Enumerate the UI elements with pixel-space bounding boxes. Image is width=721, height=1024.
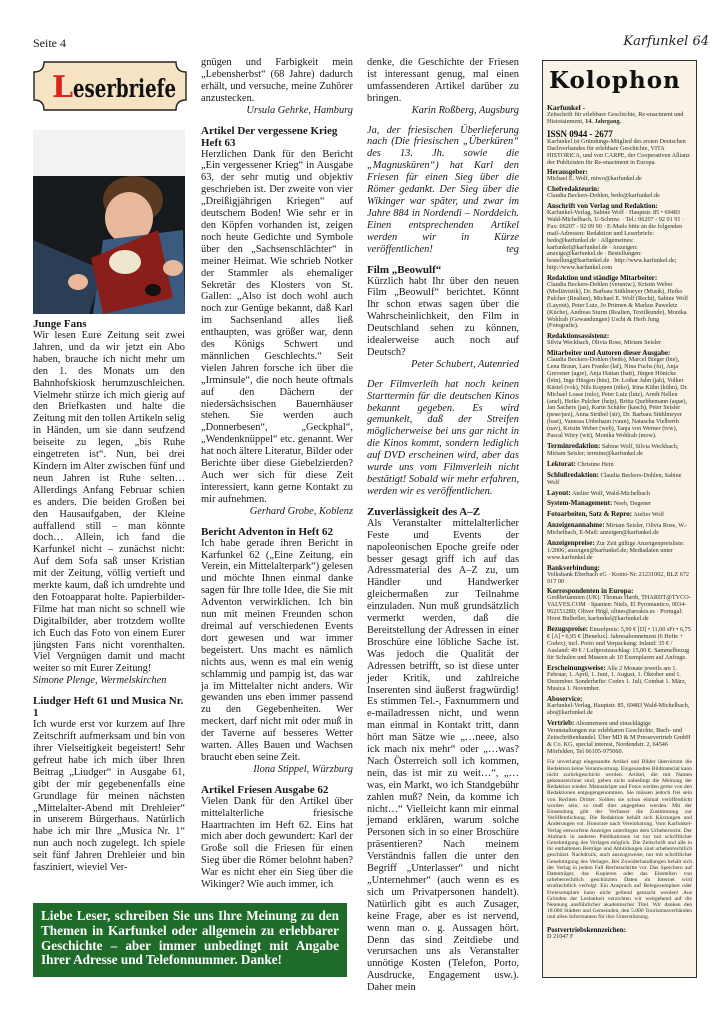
page-number: Seite 4: [33, 36, 66, 51]
letter-heading: Film „Beowulf“: [367, 264, 519, 276]
kolophon-section: Schlußredaktion: Claudia Beckers-Dohlen,…: [547, 472, 692, 487]
letter-heading: Zuverlässigkeit des A–Z: [367, 506, 519, 518]
kolophon-section: Erscheinungsweise: Alle 2 Monate jeweils…: [547, 665, 692, 694]
column-1: Junge Fans Wir lesen Eure Zeitung seit z…: [33, 318, 185, 874]
founding-note: Karfunkel ist Gründungs-Mitglied des ers…: [547, 139, 692, 167]
kolophon-section: Redaktionsassistenz:Silvia Weckbach, Oli…: [547, 333, 692, 347]
section-text: Claudia Beckers-Dohlen (bedo), Marcel Bi…: [547, 357, 692, 440]
letter-body: Ich wurde erst vor kurzem auf Ihre Zeits…: [33, 719, 185, 874]
section-text: Neeb, Degener: [614, 500, 651, 507]
section-text: Volksbank Eberbach eG · Konto-Nr. 212310…: [547, 572, 692, 586]
section-text: Großbritannien (UK): Thomas Hardt, THARD…: [547, 595, 692, 623]
section-text: Atelier Wolf, Wald-Michelbach: [572, 490, 650, 497]
section-label: System-Management:: [547, 499, 612, 507]
section-text: Karfunkel-Verlag, Hauptstr. 85, 69483 Wa…: [547, 703, 692, 717]
kolophon-section: Terminredaktion: Sabine Wolf, Silvia Wec…: [547, 443, 692, 458]
kolophon-section: Fotoarbeiten, Satz & Repro: Atelier Wolf: [547, 511, 692, 519]
section-text: Atelier Wolf: [633, 511, 664, 518]
kolophon-section: Chefredakteurin:Claudia Beckers-Dohlen, …: [547, 186, 692, 200]
kolophon-section: Anschrift von Verlag und Redaktion:Karfu…: [547, 203, 692, 272]
section-label: Anzeigenannahme:: [547, 521, 605, 529]
section-text: Silvia Weckbach, Olivia Rose, Miriam Sei…: [547, 340, 692, 347]
letter-body: Kürzlich habt Ihr über den neuen Film „B…: [367, 276, 519, 359]
editor-reply-text: Ja, der friesischen Überlieferung nach (…: [367, 125, 519, 255]
section-label: Bezugspreise:: [547, 625, 588, 633]
child-reading-photo-icon: [33, 130, 185, 314]
letter-signature: Ilona Stippel, Würzburg: [201, 764, 353, 776]
kolophon-section: Anzeigenpreise: Zur Zeit gültige Anzeige…: [547, 540, 692, 562]
section-label: Vertrieb:: [547, 719, 574, 727]
section-label: Anzeigenpreise:: [547, 539, 595, 547]
section-label: Terminredaktion:: [547, 442, 600, 450]
kolophon-section: Anzeigenannahme: Miriam Seisler, Olivia …: [547, 522, 692, 537]
section-text: Claudia Beckers-Dohlen (verantw.), Krist…: [547, 282, 692, 330]
running-head: Karfunkel 64: [623, 34, 709, 49]
kolophon-title: Kolophon: [549, 66, 692, 96]
svg-text:eserbriefe: eserbriefe: [73, 74, 176, 103]
section-label: Schlußredaktion:: [547, 471, 599, 479]
kolophon-section: Herausgeber:Michael E. Wolf, miwo@karfun…: [547, 169, 692, 183]
legal-disclaimer: Für unverlangt eingesandte Artikel und B…: [547, 759, 692, 920]
letter-signature: Simone Plenge, Wermelskirchen: [33, 675, 185, 687]
letter-signature: Karin Roßberg, Augsburg: [367, 105, 519, 117]
section-label: Erscheinungsweise:: [547, 664, 606, 672]
kolophon-section: Korrespondenten in Europa:Großbritannien…: [547, 588, 692, 623]
kolophon-section: Aboservice:Karfunkel-Verlag, Hauptstr. 8…: [547, 696, 692, 717]
letter-body: Ich habe gerade ihren Bericht in Karfunk…: [201, 538, 353, 764]
letter-body: Wir lesen Eure Zeitung seit zwei Jahren,…: [33, 330, 185, 675]
letter-signature: Ursula Gehrke, Hamburg: [201, 105, 353, 117]
reader-callout-box: Liebe Leser, schreiben Sie uns Ihre Mein…: [33, 903, 347, 977]
section-title-sign: L eserbriefe: [32, 60, 188, 112]
section-label: Lektorat:: [547, 460, 576, 468]
kolophon-section: Lektorat: Christine Hein: [547, 461, 692, 469]
kolophon-section: Layout: Atelier Wolf, Wald-Michelbach: [547, 490, 692, 498]
section-text: Claudia Beckers-Dohlen, bedo@karfunkel.d…: [547, 193, 692, 200]
letter-signature: Peter Schubert, Autenried: [367, 359, 519, 371]
kolophon-section: Redaktion und ständige Mitarbeiter:Claud…: [547, 275, 692, 330]
magazine-subtitle: Zeitschrift für erlebbare Geschichte, Re…: [547, 112, 692, 126]
letter-body: Herzlichen Dank für den Bericht „Ein ver…: [201, 149, 353, 506]
kolophon-section: Mitarbeiter und Autoren dieser Ausgabe:C…: [547, 350, 692, 440]
svg-text:L: L: [52, 70, 73, 105]
column-3: denke, die Geschichte der Friesen ist in…: [367, 57, 519, 994]
kolophon-section: Bankverbindung:Volksbank Eberbach eG · K…: [547, 565, 692, 586]
editor-reply: Der Filmverleih hat noch keinen Startter…: [367, 379, 519, 498]
letter-body-continued: denke, die Geschichte der Friesen ist in…: [367, 57, 519, 105]
postvertrieb-value: D 21047 F: [547, 934, 692, 941]
letter-body-continued: gnügen und Farbigkeit mein „Lebensherbst…: [201, 57, 353, 105]
letter-body: Als Veranstalter mittelalterlicher Feste…: [367, 518, 519, 994]
photo-child-reading: [33, 130, 185, 314]
leserbriefe-sign-icon: L eserbriefe: [32, 60, 188, 112]
letter-heading: Artikel Friesen Ausgabe 62: [201, 784, 353, 796]
editor-reply-signature: teg: [506, 244, 519, 256]
section-text: Michael E. Wolf, miwo@karfunkel.de: [547, 176, 692, 183]
letter-heading: Junge Fans: [33, 318, 185, 330]
letter-body: Vielen Dank für den Artikel über mittela…: [201, 796, 353, 891]
magazine-year: 14. Jahrgang.: [585, 118, 621, 125]
letter-heading: Bericht Adventon in Heft 62: [201, 526, 353, 538]
letter-signature: Gerhard Grobe, Koblenz: [201, 506, 353, 518]
section-text: Christine Hein: [577, 461, 613, 468]
section-text: Karfunkel-Verlag, Sabine Wolf · Hauptstr…: [547, 210, 692, 272]
letter-heading: Liudger Heft 61 und Musica Nr. 1: [33, 695, 185, 719]
kolophon-box: Kolophon Karfunkel - Zeitschrift für erl…: [542, 60, 697, 978]
section-label: Layout:: [547, 489, 571, 497]
kolophon-section: Vertrieb: Abonnement und einschlägige Ve…: [547, 720, 692, 756]
section-label: Fotoarbeiten, Satz & Repro:: [547, 510, 632, 518]
kolophon-section: System-Management: Neeb, Degener: [547, 500, 692, 508]
kolophon-section: Bezugspreise: Einzelpreis: 5,90 € [D] • …: [547, 626, 692, 662]
editor-reply: Ja, der friesischen Überlieferung nach (…: [367, 125, 519, 256]
column-2: gnügen und Farbigkeit mein „Lebensherbst…: [201, 57, 353, 891]
letter-heading: Artikel Der vergessene Krieg Heft 63: [201, 125, 353, 149]
